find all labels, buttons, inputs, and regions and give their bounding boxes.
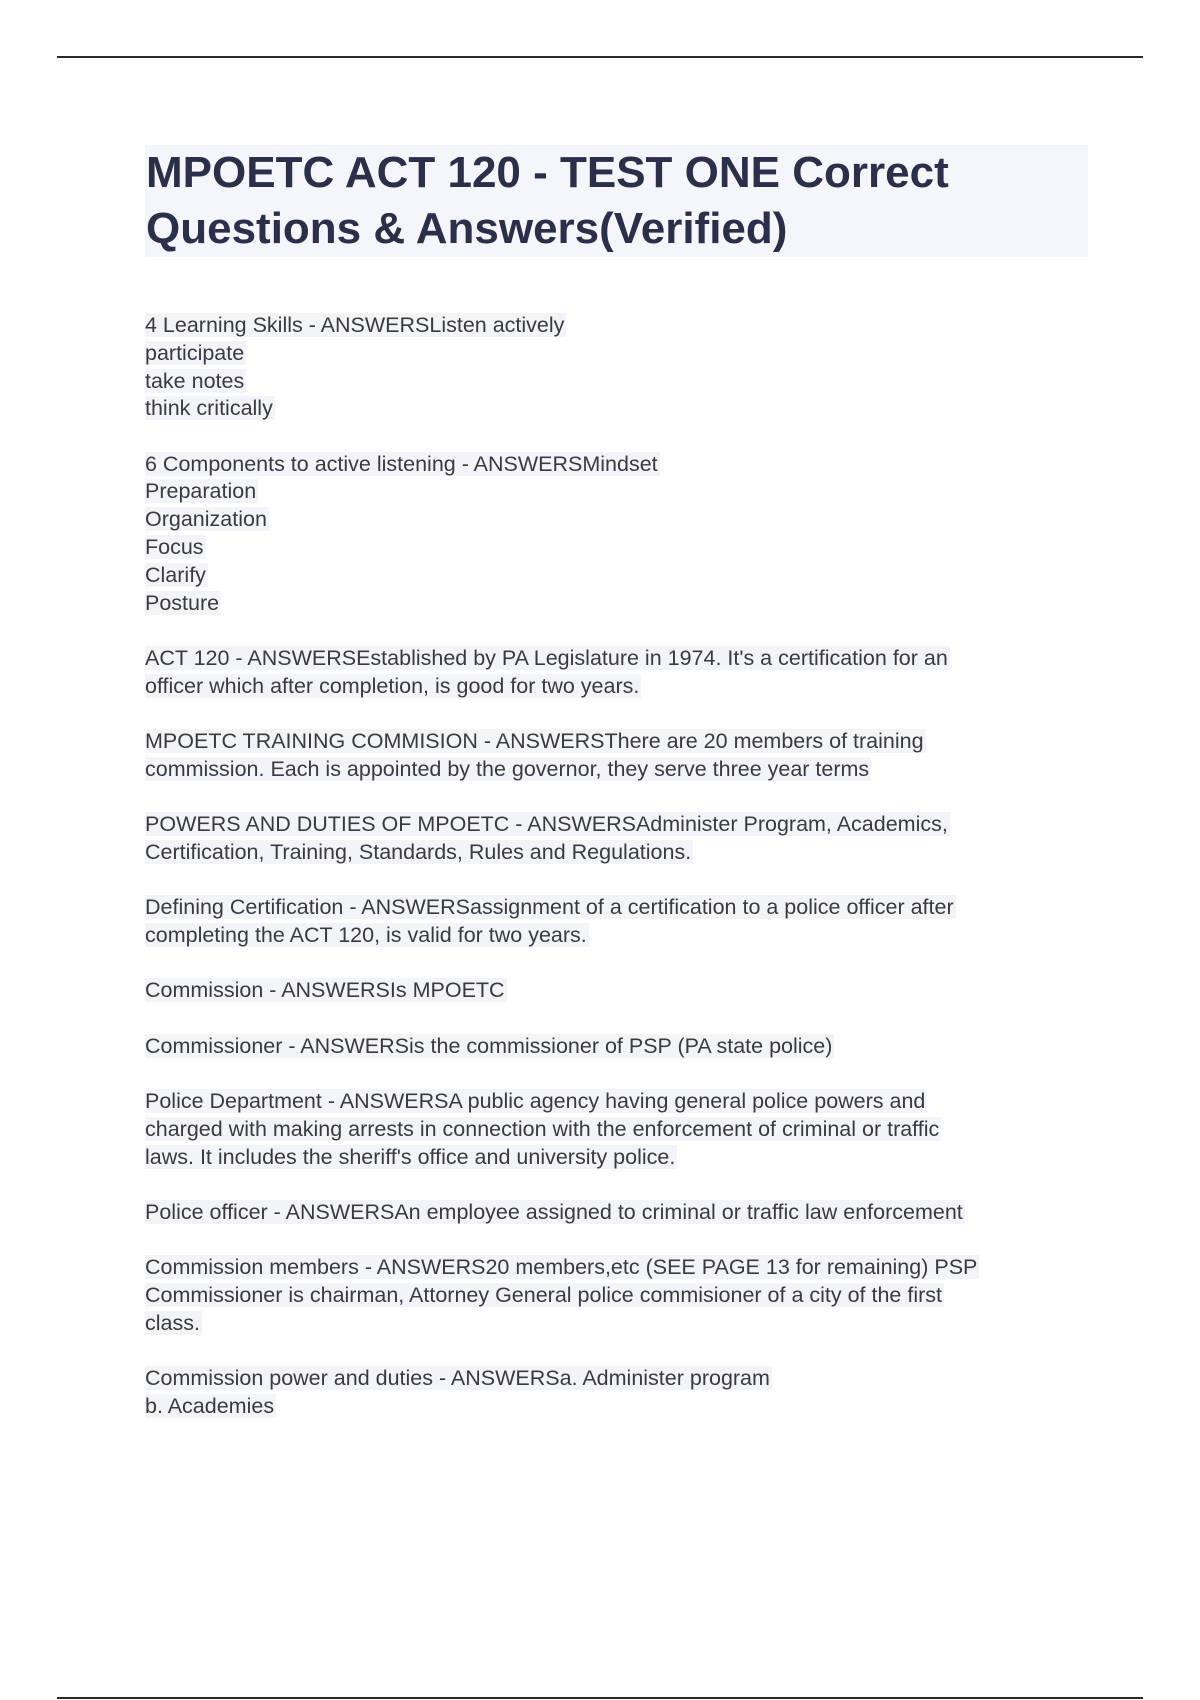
qa-term-line: Commission members - ANSWERS20 members,e… (145, 1254, 1095, 1282)
qa-entry: Commissioner - ANSWERSis the commissione… (145, 1033, 1095, 1061)
qa-line-text: 4 Learning Skills - ANSWERSListen active… (145, 313, 566, 337)
qa-term-line: ACT 120 - ANSWERSEstablished by PA Legis… (145, 645, 1095, 673)
qa-line-text: completing the ACT 120, is valid for two… (145, 923, 589, 947)
qa-entry: Defining Certification - ANSWERSassignme… (145, 894, 1095, 950)
qa-line-text: Certification, Training, Standards, Rule… (145, 840, 693, 864)
qa-line-text: charged with making arrests in connectio… (145, 1117, 941, 1141)
qa-answer-line: Organization (145, 506, 1095, 534)
qa-line-text: ACT 120 - ANSWERSEstablished by PA Legis… (145, 646, 950, 670)
qa-answer-line: Preparation (145, 478, 1095, 506)
qa-line-text: Police Department - ANSWERSA public agen… (145, 1089, 927, 1113)
bottom-horizontal-rule (57, 1697, 1143, 1699)
qa-answer-line: think critically (145, 395, 1095, 423)
qa-line-text: Clarify (145, 563, 208, 587)
qa-line-text: POWERS AND DUTIES OF MPOETC - ANSWERSAdm… (145, 812, 950, 836)
qa-answer-line: commission. Each is appointed by the gov… (145, 756, 1095, 784)
qa-term-line: Commissioner - ANSWERSis the commissione… (145, 1033, 1095, 1061)
top-horizontal-rule (57, 56, 1143, 58)
qa-term-line: MPOETC TRAINING COMMISION - ANSWERSThere… (145, 728, 1095, 756)
qa-line-text: class. (145, 1311, 202, 1335)
qa-answer-line: laws. It includes the sheriff's office a… (145, 1144, 1095, 1172)
qa-entry: Commission members - ANSWERS20 members,e… (145, 1254, 1095, 1337)
qa-line-text: participate (145, 341, 246, 365)
title-line: MPOETC ACT 120 - TEST ONE Correct (146, 145, 1076, 201)
qa-line-text: 6 Components to active listening - ANSWE… (145, 452, 660, 476)
qa-entry: Commission power and duties - ANSWERSa. … (145, 1365, 1095, 1421)
qa-answer-line: take notes (145, 368, 1095, 396)
qa-answer-line: Posture (145, 590, 1095, 618)
qa-entry: Commission - ANSWERSIs MPOETC (145, 977, 1095, 1005)
qa-answer-line: Commissioner is chairman, Attorney Gener… (145, 1282, 1095, 1310)
qa-line-text: Posture (145, 591, 221, 615)
qa-answer-line: participate (145, 340, 1095, 368)
qa-answer-line: Focus (145, 534, 1095, 562)
qa-line-text: Commissioner is chairman, Attorney Gener… (145, 1283, 944, 1307)
qa-answer-line: officer which after completion, is good … (145, 673, 1095, 701)
qa-line-text: Preparation (145, 479, 258, 503)
qa-line-text: Defining Certification - ANSWERSassignme… (145, 895, 956, 919)
qa-answer-line: completing the ACT 120, is valid for two… (145, 922, 1095, 950)
qa-answer-line: charged with making arrests in connectio… (145, 1116, 1095, 1144)
qa-line-text: Focus (145, 535, 206, 559)
qa-entry: 6 Components to active listening - ANSWE… (145, 451, 1095, 618)
qa-line-text: Commission power and duties - ANSWERSa. … (145, 1366, 772, 1390)
qa-line-text: commission. Each is appointed by the gov… (145, 757, 871, 781)
qa-answer-line: Certification, Training, Standards, Rule… (145, 839, 1095, 867)
qa-entry: POWERS AND DUTIES OF MPOETC - ANSWERSAdm… (145, 811, 1095, 867)
qa-term-line: Defining Certification - ANSWERSassignme… (145, 894, 1095, 922)
qa-line-text: Police officer - ANSWERSAn employee assi… (145, 1200, 965, 1224)
qa-term-line: Police officer - ANSWERSAn employee assi… (145, 1199, 1095, 1227)
document-title: MPOETC ACT 120 - TEST ONE Correct Questi… (146, 145, 1076, 257)
qa-entry: Police officer - ANSWERSAn employee assi… (145, 1199, 1095, 1227)
qa-term-line: Commission power and duties - ANSWERSa. … (145, 1365, 1095, 1393)
qa-line-text: laws. It includes the sheriff's office a… (145, 1145, 677, 1169)
qa-line-text: b. Academies (145, 1394, 276, 1418)
qa-entry: Police Department - ANSWERSA public agen… (145, 1088, 1095, 1171)
qa-line-text: Organization (145, 507, 269, 531)
qa-line-text: Commission - ANSWERSIs MPOETC (145, 978, 507, 1002)
qa-line-text: Commission members - ANSWERS20 members,e… (145, 1255, 979, 1279)
qa-term-line: 4 Learning Skills - ANSWERSListen active… (145, 312, 1095, 340)
qa-entry: MPOETC TRAINING COMMISION - ANSWERSThere… (145, 728, 1095, 784)
qa-term-line: Commission - ANSWERSIs MPOETC (145, 977, 1095, 1005)
qa-term-line: 6 Components to active listening - ANSWE… (145, 451, 1095, 479)
qa-line-text: think critically (145, 396, 275, 420)
title-line: Questions & Answers(Verified) (146, 201, 1076, 257)
qa-answer-line: b. Academies (145, 1393, 1095, 1421)
qa-line-text: Commissioner - ANSWERSis the commissione… (145, 1034, 834, 1058)
qa-term-line: Police Department - ANSWERSA public agen… (145, 1088, 1095, 1116)
qa-entry: 4 Learning Skills - ANSWERSListen active… (145, 312, 1095, 423)
qa-answer-line: class. (145, 1310, 1095, 1338)
qa-line-text: officer which after completion, is good … (145, 674, 641, 698)
qa-term-line: POWERS AND DUTIES OF MPOETC - ANSWERSAdm… (145, 811, 1095, 839)
qa-list: 4 Learning Skills - ANSWERSListen active… (145, 312, 1095, 1448)
qa-line-text: take notes (145, 369, 246, 393)
qa-answer-line: Clarify (145, 562, 1095, 590)
qa-line-text: MPOETC TRAINING COMMISION - ANSWERSThere… (145, 729, 926, 753)
qa-entry: ACT 120 - ANSWERSEstablished by PA Legis… (145, 645, 1095, 701)
